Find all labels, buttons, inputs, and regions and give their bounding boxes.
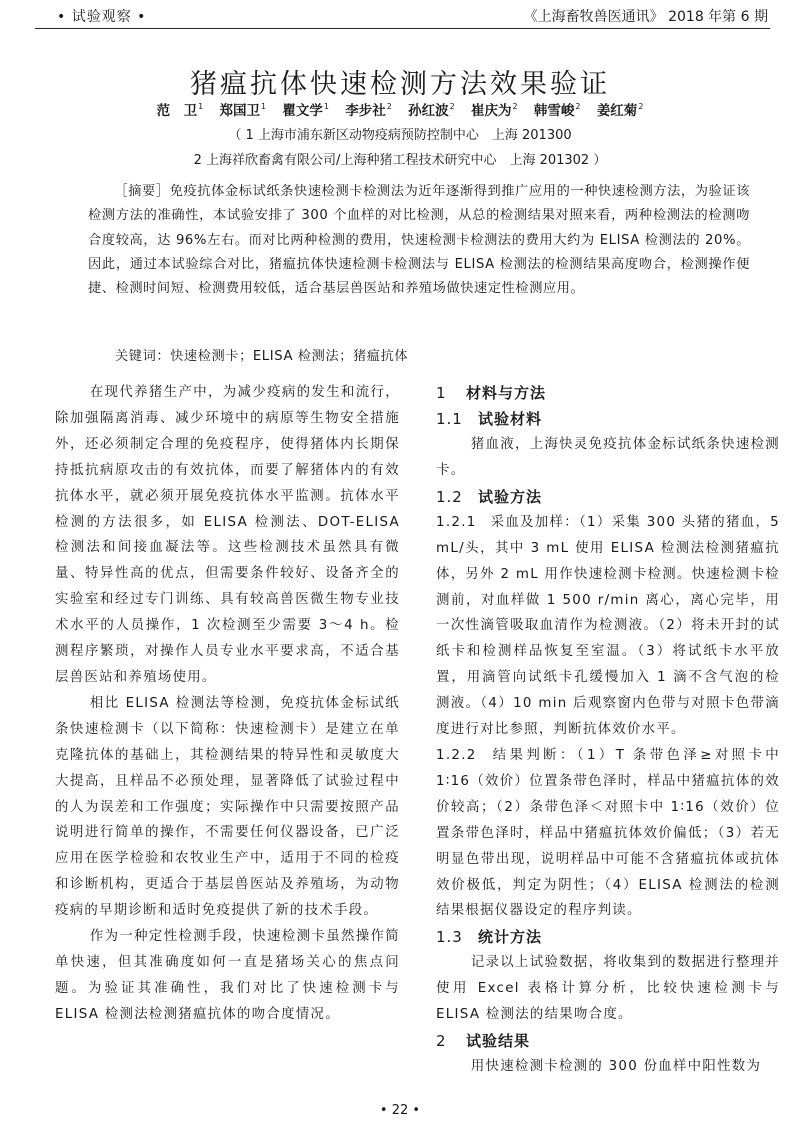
author-list: 范 卫1 郑国卫1 瞿文学1 李步社2 孙红波2 崔庆为2 韩雪峻2 姜红菊2 [0, 99, 800, 119]
page-number: • 22 • [0, 1103, 800, 1118]
affiliation-2: 2 上海祥欣畜禽有限公司/上海种猪工程技术研究中心 上海 201302 ） [0, 149, 800, 168]
author: 韩雪峻2 [534, 103, 581, 119]
section-heading-1-2: 1.2试验方法 [436, 484, 780, 510]
keywords: 关键词：快速检测卡；ELISA 检测法；猪瘟抗体 [115, 345, 408, 364]
paragraph: 相比 ELISA 检测法等检测，免疫抗体金标试纸条快速检测卡（以下简称：快速检测… [55, 691, 400, 924]
section-heading-1-3: 1.3统计方法 [436, 924, 780, 950]
journal-issue: 《上海畜牧兽医通讯》 2018 年第 6 期 [524, 6, 768, 26]
author: 范 卫1 [157, 103, 204, 119]
abstract: ［摘要］免疫抗体金标试纸条快速检测卡检测法为近年逐渐得到推广应用的一种快速检测方… [88, 180, 750, 301]
section-heading-2: 2试验结果 [436, 1028, 780, 1054]
section-heading-1-1: 1.1试验材料 [436, 406, 780, 432]
author: 姜红菊2 [597, 103, 644, 119]
affiliation-1: （ 1 上海市浦东新区动物疫病预防控制中心 上海 201300 [0, 124, 800, 143]
right-column: 1材料与方法 1.1试验材料 猪血液，上海快灵免疫抗体金标试纸条快速检测卡。 1… [436, 380, 780, 1080]
author: 郑国卫1 [219, 103, 266, 119]
author: 崔庆为2 [471, 103, 518, 119]
paragraph: 用快速检测卡检测的 300 份血样中阳性数为 [436, 1054, 780, 1080]
running-header: • 试验观察 • 《上海畜牧兽医通讯》 2018 年第 6 期 [35, 4, 770, 29]
author: 孙红波2 [408, 103, 455, 119]
paragraph: 作为一种定性检测手段，快速检测卡虽然操作简单快速，但其准确度如何一直是猪场关心的… [55, 924, 400, 1028]
author: 瞿文学1 [282, 103, 329, 119]
section-label: • 试验观察 • [57, 6, 146, 26]
paragraph: 记录以上试验数据，将收集到的数据进行整理并使用 Excel 表格计算分析，比较快… [436, 950, 780, 1028]
author: 李步社2 [345, 103, 392, 119]
left-column: 在现代养猪生产中，为减少疫病的发生和流行，除加强隔离消毒、减少环境中的病原等生物… [55, 380, 400, 1028]
paragraph: 猪血液，上海快灵免疫抗体金标试纸条快速检测卡。 [436, 432, 780, 484]
article-title: 猪瘟抗体快速检测方法效果验证 [0, 62, 800, 101]
subsection-1-2-2: 1.2.2结果判断：（1）T 条带色泽≥对照卡中 1∶16（效价）位置条带色泽时… [436, 743, 780, 924]
paragraph: 在现代养猪生产中，为减少疫病的发生和流行，除加强隔离消毒、减少环境中的病原等生物… [55, 380, 400, 691]
section-heading-1: 1材料与方法 [436, 380, 780, 406]
subsection-1-2-1: 1.2.1采血及加样：（1）采集 300 头猪的猪血，5 mL/头，其中 3 m… [436, 510, 780, 743]
